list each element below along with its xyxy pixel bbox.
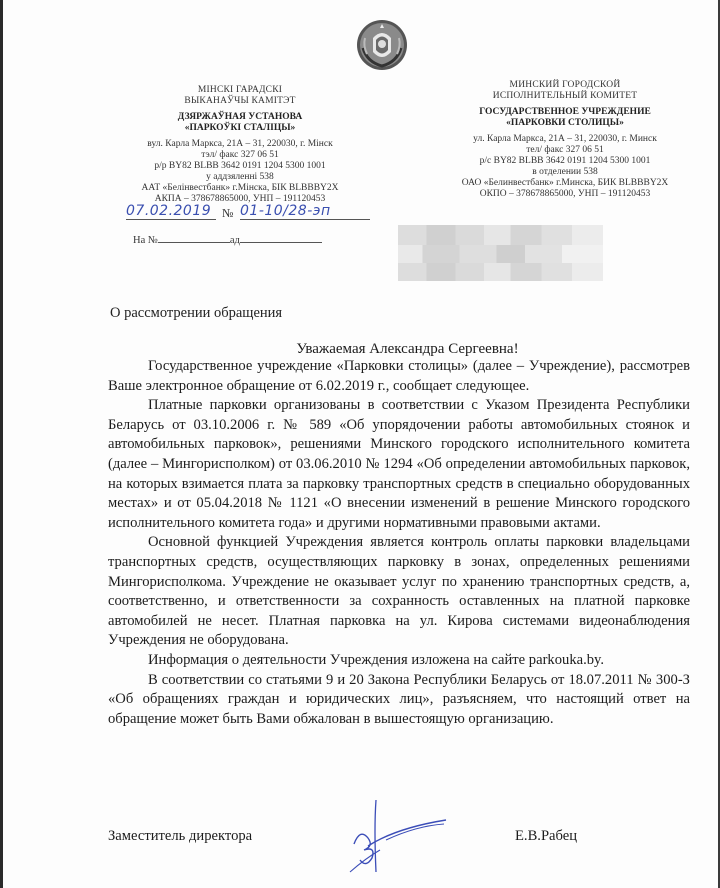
bank-name: ААТ «Белінвестбанк» г.Мінска, БІК BLBBBY…	[110, 183, 370, 194]
paragraph-website: Информация о деятельности Учреждения изл…	[108, 651, 690, 671]
reply-from-blank	[240, 233, 322, 243]
org-name-line1: МИНСКИЙ ГОРОДСКОЙ	[440, 80, 690, 91]
paragraph-intro: Государственное учреждение «Парковки сто…	[108, 357, 690, 396]
handwritten-signature-icon	[346, 798, 456, 878]
letter-subject: О рассмотрении обращения	[110, 305, 282, 322]
bank-account: р/с BY82 BLBB 3642 0191 1204 5300 1001	[440, 156, 690, 167]
org-name-line1: МІНСКІ ГАРАДСКІ	[110, 85, 370, 96]
paragraph-appeal-rights: В соответствии со статьями 9 и 20 Закона…	[108, 671, 690, 730]
bank-name: ОАО «Белинвестбанк» г.Минска, БИК BLBBBY…	[440, 178, 690, 189]
institution-name: ГОСУДАРСТВЕННОЕ УЧРЕЖДЕНИЕ «ПАРКОВКИ СТО…	[440, 107, 690, 129]
reply-from-label: ад	[230, 235, 240, 246]
registration-date: 07.02.2019	[126, 203, 216, 220]
letterhead-russian: МИНСКИЙ ГОРОДСКОЙ ИСПОЛНИТЕЛЬНЫЙ КОМИТЕТ…	[440, 80, 690, 200]
letter-page: МІНСКІ ГАРАДСКІ ВЫКАНАЎЧЫ КАМІТЭТ ДЗЯРЖА…	[0, 0, 720, 888]
paragraph-legal-basis: Платные парковки организованы в соответс…	[108, 396, 690, 533]
institution-line1: ДЗЯРЖАЎНАЯ УСТАНОВА	[110, 112, 370, 123]
number-sign: №	[222, 206, 233, 221]
reply-to-blank	[158, 233, 230, 243]
reply-to-label: На №	[133, 235, 158, 246]
letter-greeting: Уважаемая Александра Сергеевна!	[0, 341, 720, 358]
letterhead-belarusian: МІНСКІ ГАРАДСКІ ВЫКАНАЎЧЫ КАМІТЭТ ДЗЯРЖА…	[110, 85, 370, 205]
signatory-title: Заместитель директора	[108, 828, 252, 845]
org-name-line2: ИСПОЛНИТЕЛЬНЫЙ КОМИТЕТ	[440, 91, 690, 102]
reply-reference-line: На №ад	[133, 233, 322, 246]
bank-branch: в отделении 538	[440, 167, 690, 178]
signature-block: Заместитель директора Е.В.Рабец	[108, 828, 690, 858]
institution-line2: «ПАРКОЎКІ СТАЛІЦЫ»	[110, 123, 370, 134]
requisites: ул. Карла Маркса, 21А – 31, 220030, г. М…	[440, 134, 690, 200]
institution-line1: ГОСУДАРСТВЕННОЕ УЧРЕЖДЕНИЕ	[440, 107, 690, 118]
registration-number: 01-10/28-эп	[240, 203, 370, 220]
institution-name: ДЗЯРЖАЎНАЯ УСТАНОВА «ПАРКОЎКІ СТАЛІЦЫ»	[110, 112, 370, 134]
phone: тел/ факс 327 06 51	[440, 145, 690, 156]
signatory-name: Е.В.Рабец	[515, 828, 577, 845]
institution-line2: «ПАРКОВКИ СТОЛИЦЫ»	[440, 118, 690, 129]
redacted-recipient-block	[398, 225, 603, 281]
bank-branch: у аддзяленні 538	[110, 172, 370, 183]
phone: тэл/ факс 327 06 51	[110, 150, 370, 161]
paragraph-function: Основной функцией Учреждения является ко…	[108, 533, 690, 651]
org-name-line2: ВЫКАНАЎЧЫ КАМІТЭТ	[110, 96, 370, 107]
letter-body: Государственное учреждение «Парковки сто…	[108, 357, 690, 729]
bank-account: р/р BY82 BLBB 3642 0191 1204 5300 1001	[110, 161, 370, 172]
requisites: вул. Карла Маркса, 21А – 31, 220030, г. …	[110, 139, 370, 205]
registration-line: 07.02.2019 № 01-10/28-эп	[120, 203, 370, 221]
org-codes: ОКПО – 378678865000, УНП – 191120453	[440, 189, 690, 200]
address: ул. Карла Маркса, 21А – 31, 220030, г. М…	[440, 134, 690, 145]
address: вул. Карла Маркса, 21А – 31, 220030, г. …	[110, 139, 370, 150]
state-emblem-icon	[355, 18, 409, 72]
